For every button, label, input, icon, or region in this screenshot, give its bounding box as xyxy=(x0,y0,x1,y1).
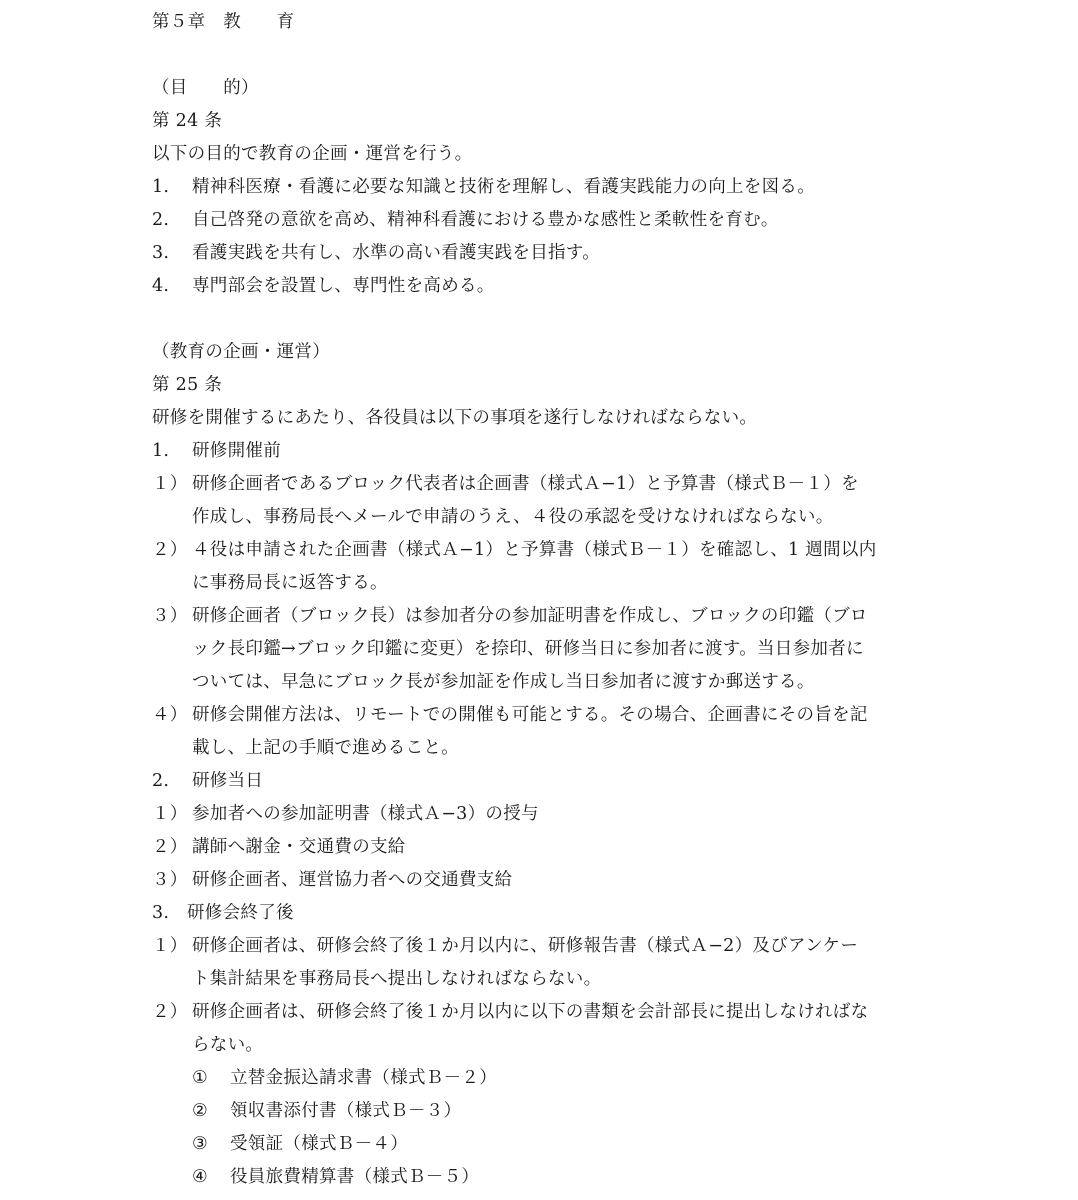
article-24-heading: （目 的） xyxy=(152,76,259,100)
section-text: 研修会終了後 xyxy=(187,903,294,923)
item-number: ４） xyxy=(152,703,192,727)
item-number: 3. xyxy=(152,241,192,265)
document-item-2: ②領収書添付書（様式Ｂ－３） xyxy=(192,1099,461,1123)
article-25-intro: 研修を開催するにあたり、各役員は以下の事項を遂行しなければならない。 xyxy=(152,406,757,430)
section-1-item-3: ３）研修企画者（ブロック長）は参加者分の参加証明書を作成し、ブロックの印鑑（ブロ xyxy=(152,604,868,628)
circled-number: ① xyxy=(192,1066,230,1090)
item-number: ２） xyxy=(152,1000,192,1024)
item-number: １） xyxy=(152,934,192,958)
item-text: 自己啓発の意欲を高め、精神科看護における豊かな感性と柔軟性を育む。 xyxy=(192,210,779,230)
item-number: ２） xyxy=(152,538,192,562)
section-2-item-3: ３）研修企画者、運営協力者への交通費支給 xyxy=(152,868,512,892)
section-2-title: 2.研修当日 xyxy=(152,769,263,793)
document-item-1: ①立替金振込請求書（様式Ｂ－２） xyxy=(192,1066,497,1090)
section-1-title: 1.研修開催前 xyxy=(152,439,281,463)
document-text: 受領証（様式Ｂ－４） xyxy=(230,1134,408,1154)
document-item-4: ④役員旅費精算書（様式Ｂ－５） xyxy=(192,1165,479,1189)
item-text: 専門部会を設置し、専門性を高める。 xyxy=(192,276,495,296)
purpose-item-2: 2.自己啓発の意欲を高め、精神科看護における豊かな感性と柔軟性を育む。 xyxy=(152,208,779,232)
purpose-item-3: 3.看護実践を共有し、水準の高い看護実践を目指す。 xyxy=(152,241,600,265)
section-1-item-3-cont-1: ック長印鑑→ブロック印鑑に変更）を捺印、研修当日に参加者に渡す。当日参加者に xyxy=(192,637,864,661)
purpose-item-1: 1.精神科医療・看護に必要な知識と技術を理解し、看護実践能力の向上を図る。 xyxy=(152,175,815,199)
item-text: 研修企画者（ブロック長）は参加者分の参加証明書を作成し、ブロックの印鑑（ブロ xyxy=(192,606,868,626)
section-1-item-4-cont: 載し、上記の手順で進めること。 xyxy=(192,736,459,760)
circled-number: ② xyxy=(192,1099,230,1123)
article-25-heading: （教育の企画・運営） xyxy=(152,340,330,364)
document-text: 領収書添付書（様式Ｂ－３） xyxy=(230,1101,461,1121)
section-text: 研修当日 xyxy=(192,771,263,791)
article-24-number: 第 24 条 xyxy=(152,109,222,133)
item-number: １） xyxy=(152,472,192,496)
item-number: ３） xyxy=(152,868,192,892)
item-number: 4. xyxy=(152,274,192,298)
document-item-3: ③受領証（様式Ｂ－４） xyxy=(192,1132,408,1156)
section-2-item-2: ２）講師へ謝金・交通費の支給 xyxy=(152,835,406,859)
item-number: １） xyxy=(152,802,192,826)
section-1-item-1-cont: 作成し、事務局長へメールで申請のうえ、４役の承認を受けなければならない。 xyxy=(192,505,834,529)
article-25-number: 第 25 条 xyxy=(152,373,222,397)
section-3-item-2: ２）研修企画者は、研修会終了後１か月以内に以下の書類を会計部長に提出しなければな xyxy=(152,1000,868,1024)
item-text: 講師へ謝金・交通費の支給 xyxy=(192,837,406,857)
item-text: 精神科医療・看護に必要な知識と技術を理解し、看護実践能力の向上を図る。 xyxy=(192,177,815,197)
section-3-title: 3.研修会終了後 xyxy=(152,901,294,925)
item-text: ４役は申請された企画書（様式Ａ−1）と予算書（様式Ｂ－１）を確認し、1 週間以内 xyxy=(192,540,877,560)
section-number: 1. xyxy=(152,439,192,463)
section-1-item-3-cont-2: ついては、早急にブロック長が参加証を作成し当日参加者に渡すか郵送する。 xyxy=(192,670,815,694)
item-text: 研修企画者は、研修会終了後１か月以内に以下の書類を会計部長に提出しなければな xyxy=(192,1002,868,1022)
section-1-item-1: １）研修企画者であるブロック代表者は企画書（様式Ａ−1）と予算書（様式Ｂ－１）を xyxy=(152,472,859,496)
purpose-item-4: 4.専門部会を設置し、専門性を高める。 xyxy=(152,274,495,298)
circled-number: ③ xyxy=(192,1132,230,1156)
item-text: 看護実践を共有し、水準の高い看護実践を目指す。 xyxy=(192,243,600,263)
section-1-item-4: ４）研修会開催方法は、リモートでの開催も可能とする。その場合、企画書にその旨を記 xyxy=(152,703,868,727)
section-1-item-2: ２）４役は申請された企画書（様式Ａ−1）と予算書（様式Ｂ－１）を確認し、1 週間… xyxy=(152,538,877,562)
article-24-intro: 以下の目的で教育の企画・運営を行う。 xyxy=(152,142,472,166)
section-text: 研修開催前 xyxy=(192,441,281,461)
section-number: 3. xyxy=(152,901,187,925)
item-text: 研修企画者、運営協力者への交通費支給 xyxy=(192,870,512,890)
section-3-item-2-cont: らない。 xyxy=(192,1033,263,1057)
item-number: 1. xyxy=(152,175,192,199)
circled-number: ④ xyxy=(192,1165,230,1189)
document-text: 役員旅費精算書（様式Ｂ－５） xyxy=(230,1167,479,1187)
chapter-title: 第５章 教 育 xyxy=(152,10,294,34)
item-text: 研修企画者であるブロック代表者は企画書（様式Ａ−1）と予算書（様式Ｂ－１）を xyxy=(192,474,859,494)
item-number: 2. xyxy=(152,208,192,232)
item-text: 研修会開催方法は、リモートでの開催も可能とする。その場合、企画書にその旨を記 xyxy=(192,705,868,725)
document-text: 立替金振込請求書（様式Ｂ－２） xyxy=(230,1068,497,1088)
section-3-item-1: １）研修企画者は、研修会終了後１か月以内に、研修報告書（様式Ａ−2）及びアンケー xyxy=(152,934,858,958)
item-number: ３） xyxy=(152,604,192,628)
section-2-item-1: １）参加者への参加証明書（様式Ａ−3）の授与 xyxy=(152,802,539,826)
item-text: 参加者への参加証明書（様式Ａ−3）の授与 xyxy=(192,804,539,824)
item-text: 研修企画者は、研修会終了後１か月以内に、研修報告書（様式Ａ−2）及びアンケー xyxy=(192,936,858,956)
item-number: ２） xyxy=(152,835,192,859)
section-1-item-2-cont: に事務局長に返答する。 xyxy=(192,571,388,595)
section-3-item-1-cont: ト集計結果を事務局長へ提出しなければならない。 xyxy=(192,967,601,991)
section-number: 2. xyxy=(152,769,192,793)
document-page: 第５章 教 育 （目 的） 第 24 条 以下の目的で教育の企画・運営を行う。 … xyxy=(0,0,1078,1200)
